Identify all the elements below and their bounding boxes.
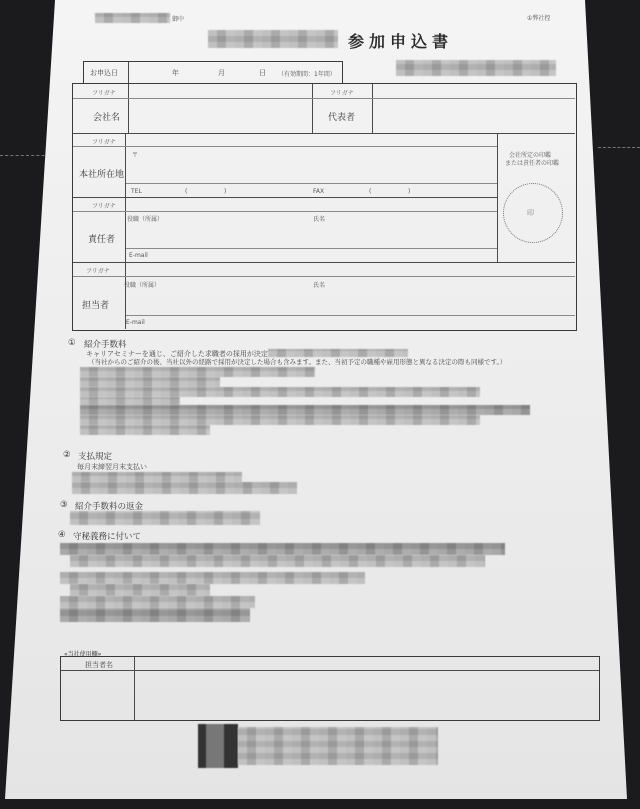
validity-note: （有効期間：1年間） bbox=[278, 69, 336, 78]
month-label[interactable]: 月 bbox=[218, 68, 225, 78]
redacted-text bbox=[72, 472, 242, 482]
staff-name-label: 担当者名 bbox=[85, 660, 113, 670]
redacted-text bbox=[80, 397, 180, 405]
application-date-label: お申込日 bbox=[90, 68, 118, 78]
responsible-name-field[interactable] bbox=[313, 222, 493, 246]
section-number: ③ bbox=[60, 500, 68, 510]
redacted-text bbox=[70, 584, 210, 596]
company-name-label: 会社名 bbox=[93, 110, 120, 123]
redacted-text bbox=[70, 511, 260, 525]
email-label: E-mail bbox=[126, 319, 145, 326]
redacted-text bbox=[80, 387, 480, 397]
recipient-suffix: 御中 bbox=[172, 14, 184, 23]
head-office-label: 本社所在地 bbox=[79, 167, 124, 180]
redacted-text bbox=[60, 543, 505, 555]
representative-field[interactable] bbox=[374, 100, 572, 131]
section-number: ① bbox=[68, 338, 76, 348]
day-label[interactable]: 日 bbox=[259, 68, 266, 78]
contact-label: 担当者 bbox=[82, 298, 109, 311]
furigana-label: フリガナ bbox=[92, 137, 116, 146]
redacted-company-info bbox=[396, 60, 556, 76]
redacted-text bbox=[70, 555, 485, 567]
stamp-mark: 印 bbox=[527, 208, 534, 218]
furigana-label: フリガナ bbox=[330, 88, 354, 97]
representative-label: 代表者 bbox=[328, 110, 355, 123]
year-label[interactable]: 年 bbox=[172, 68, 179, 78]
section-number: ④ bbox=[58, 530, 66, 540]
redacted-organizer-name bbox=[208, 30, 338, 48]
furigana-label: フリガナ bbox=[86, 266, 110, 275]
redacted-recipient bbox=[95, 13, 170, 23]
internal-notes-field[interactable] bbox=[136, 672, 596, 718]
copy-label: ①弊社控 bbox=[527, 13, 550, 22]
tel-label: TEL bbox=[131, 188, 142, 195]
staff-name-field[interactable] bbox=[136, 658, 596, 669]
redacted-text bbox=[60, 572, 365, 584]
redacted-text bbox=[72, 482, 297, 494]
contact-name-field[interactable] bbox=[313, 288, 568, 313]
responsible-label: 責任者 bbox=[88, 232, 115, 245]
redacted-text bbox=[80, 425, 210, 435]
furigana-label: フリガナ bbox=[92, 201, 116, 210]
email-label: E-mail bbox=[129, 252, 148, 259]
redacted-text bbox=[60, 596, 255, 608]
section-fee-line2: （当社からのご紹介の後、当社以外の経路で採用が決定した場合も含みます。また、当初… bbox=[88, 357, 506, 366]
tel-field[interactable] bbox=[150, 185, 300, 196]
fax-label: FAX bbox=[313, 188, 324, 195]
section-heading-confidentiality: 守秘義務に付いて bbox=[73, 530, 141, 542]
section-heading-payment: 支払規定 bbox=[78, 450, 112, 462]
furigana-label: フリガナ bbox=[92, 88, 116, 97]
company-name-field[interactable] bbox=[130, 100, 310, 131]
stamp-note-line2: または責任者の印鑑 bbox=[505, 158, 559, 167]
redacted-text bbox=[80, 367, 315, 377]
redacted-text bbox=[80, 405, 530, 415]
postal-mark: 〒 bbox=[132, 150, 138, 159]
background-dashes bbox=[598, 147, 640, 149]
contact-email-field[interactable] bbox=[160, 317, 560, 327]
application-form-paper: 御中 ①弊社控 参加申込書 お申込日 年 月 日 （有効期間：1年間） フリガナ… bbox=[0, 0, 640, 809]
redacted-text bbox=[80, 377, 220, 387]
redacted-logo-text bbox=[238, 727, 438, 765]
responsible-position-field[interactable] bbox=[127, 222, 307, 246]
contact-position-field[interactable] bbox=[127, 288, 307, 313]
fax-field[interactable] bbox=[330, 185, 490, 196]
redacted-text bbox=[80, 415, 480, 425]
section-number: ② bbox=[63, 450, 71, 460]
redacted-text bbox=[60, 608, 250, 622]
page-title: 参加申込書 bbox=[348, 29, 453, 52]
redacted-logo-mark bbox=[198, 724, 238, 768]
responsible-email-field[interactable] bbox=[160, 250, 490, 260]
section-payment-line1: 毎月末締翌月末支払い bbox=[77, 462, 147, 472]
redacted-text bbox=[268, 349, 408, 357]
address-field[interactable] bbox=[140, 148, 490, 181]
